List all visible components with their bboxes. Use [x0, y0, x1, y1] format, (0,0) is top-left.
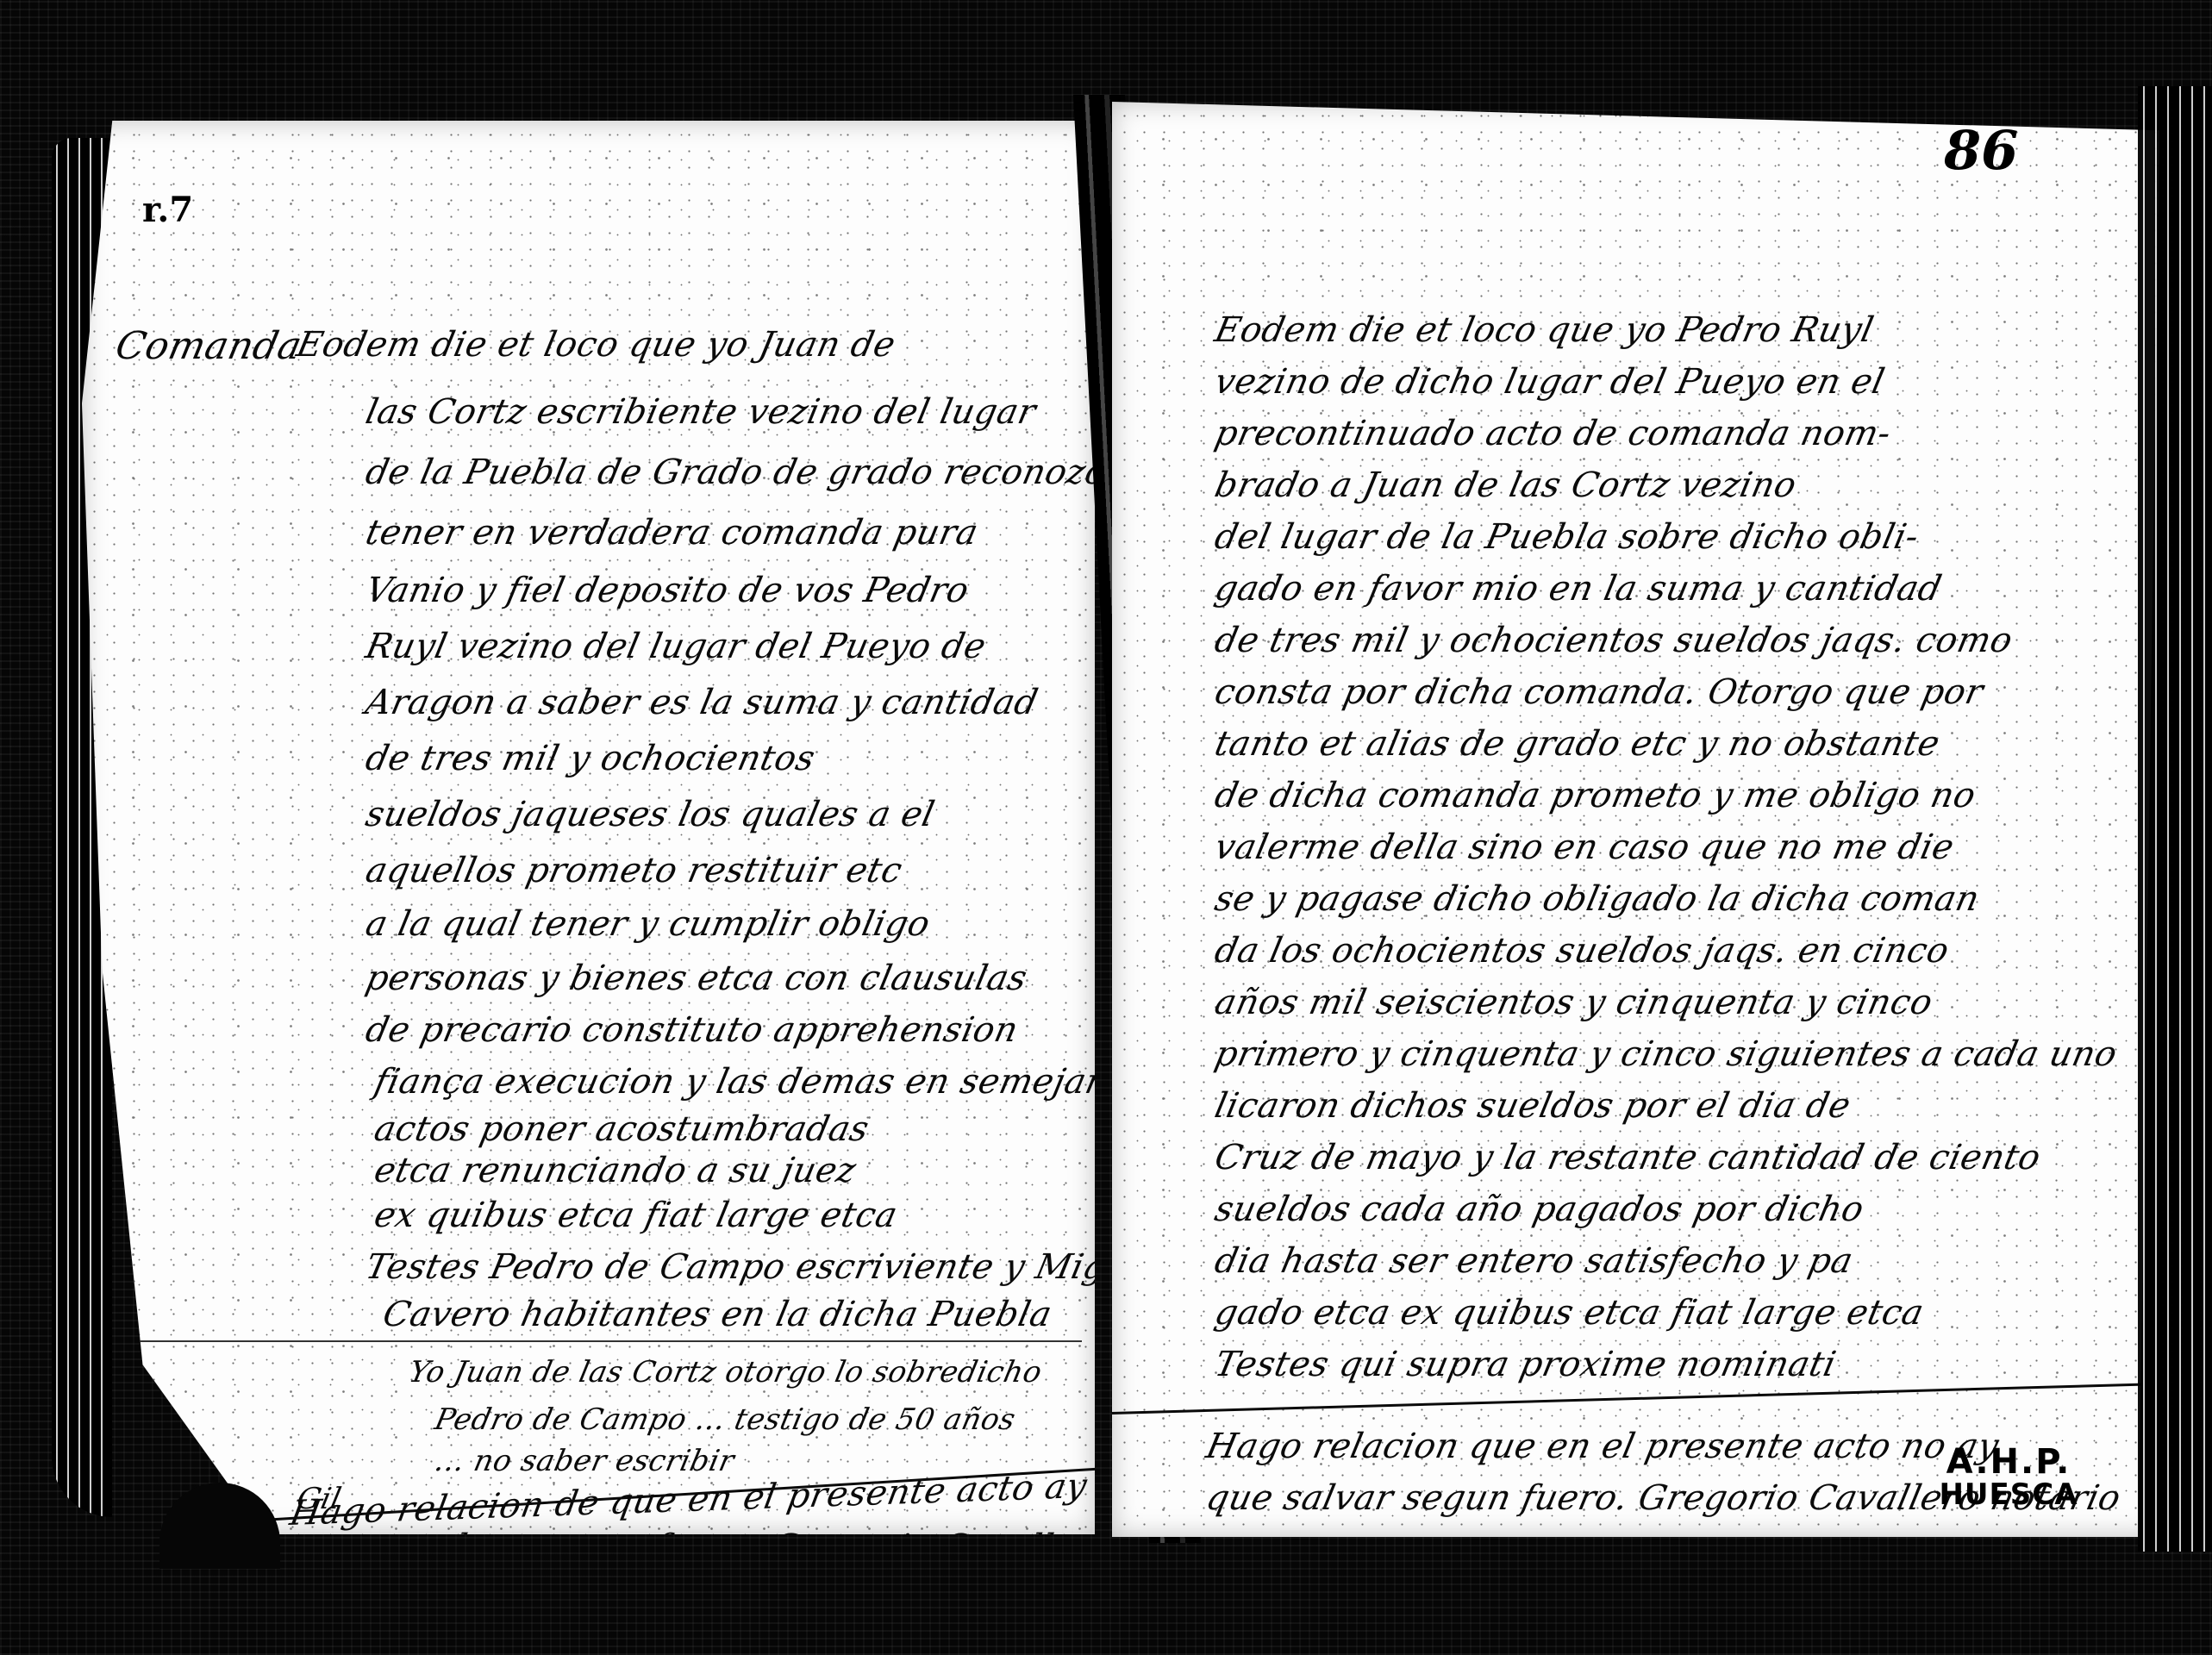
text-line: personas y bienes etca con clausulas [363, 961, 1030, 996]
folio-number: 86 [1944, 119, 2018, 182]
text-line: precontinuado acto de comanda nom- [1212, 416, 1894, 451]
text-line: dia hasta ser entero satisfecho y pa [1212, 1244, 1856, 1278]
archive-stamp-line2: HUESCA [1914, 1480, 2103, 1511]
right-page-edges [2138, 86, 2212, 1552]
text-line: años mil seiscientos y cinquenta y cinco [1212, 985, 1936, 1020]
text-line: del lugar de la Puebla sobre dicho obli- [1212, 520, 1922, 554]
notary-clause-line: Hago relacion que en el presente acto no… [1203, 1429, 2002, 1464]
text-line: se y pagase dicho obligado la dicha coma… [1212, 882, 1983, 916]
text-line: sueldos cada año pagados por dicho [1212, 1192, 1867, 1227]
text-line: vezino de dicho lugar del Pueyo en el [1212, 365, 1888, 399]
signature-line: Pedro de Campo ... testigo de 50 años [432, 1405, 1018, 1434]
text-line: aquellos prometo restituir etc [363, 853, 905, 888]
witness-line: Testes qui supra proxime nominati [1212, 1347, 1840, 1382]
ruled-line [82, 1340, 1082, 1342]
signature-line: ... no saber escribir [432, 1446, 736, 1476]
text-line: tener en verdadera comanda pura [363, 515, 982, 550]
notary-rule [1112, 1383, 2146, 1415]
text-line: primero y cinquenta y cinco siguientes a… [1212, 1037, 2121, 1071]
text-line: etca renunciando a su juez [372, 1153, 859, 1188]
text-line: de precario constituto apprehension [363, 1013, 1022, 1047]
text-line: Eodem die et loco que yo Juan de [294, 328, 899, 362]
text-line: ex quibus etca fiat large etca [372, 1198, 901, 1233]
signature-line: Yo Juan de las Cortz otorgo lo sobredich… [406, 1358, 1044, 1387]
text-line: de la Puebla de Grado de grado reconozco [363, 455, 1095, 490]
text-line: Eodem die et loco que yo Pedro Ruyl [1212, 313, 1877, 347]
text-line: a la qual tener y cumplir obligo [363, 907, 934, 941]
text-line: Cruz de mayo y la restante cantidad de c… [1212, 1140, 2044, 1175]
notary-clause-line: ... que salvar segun fuero. Gregorio Cav… [290, 1530, 1095, 1534]
archive-stamp: A.H.P. HUESCA [1914, 1444, 2103, 1511]
text-line: Vanio y fiel deposito de vos Pedro [363, 573, 972, 608]
text-line: de tres mil y ochocientos [363, 741, 818, 776]
text-line: consta por dicha comanda. Otorgo que por [1212, 675, 1987, 709]
text-line: tanto et alias de grado etc y no obstant… [1212, 727, 1943, 761]
text-line: Aragon a saber es la suma y cantidad [363, 685, 1041, 720]
text-line: de tres mil y ochocientos sueldos jaqs. … [1212, 623, 2016, 658]
text-line: sueldos jaqueses los quales a el [363, 797, 938, 832]
text-line: Ruyl vezino del lugar del Pueyo de [363, 629, 990, 664]
text-line: las Cortz escribiente vezino del lugar [363, 395, 1039, 429]
text-line: fiança execucion y las demas en semejant… [372, 1065, 1095, 1099]
text-line: da los ochocientos sueldos jaqs. en cinc… [1212, 934, 1953, 968]
archive-stamp-line1: A.H.P. [1914, 1444, 2103, 1480]
witness-line: Testes Pedro de Campo escriviente y Migu… [363, 1250, 1095, 1284]
text-line: valerme della sino en caso que no me die [1212, 830, 1958, 865]
text-line: de dicha comanda prometo y me obligo no [1212, 778, 1979, 813]
right-page: 86 Eodem die et loco que yo Pedro Ruyl v… [1112, 102, 2159, 1537]
text-line: gado en favor mio en la suma y cantidad [1212, 571, 1945, 606]
manuscript-spread: r.7 Comanda Eodem die et loco que yo Jua… [0, 0, 2212, 1655]
text-line: actos poner acostumbradas [372, 1112, 872, 1146]
left-page: r.7 Comanda Eodem die et loco que yo Jua… [82, 121, 1095, 1534]
witness-line: Cavero habitantes en la dicha Puebla [380, 1297, 1055, 1332]
text-line: gado etca ex quibus etca fiat large etca [1212, 1296, 1927, 1330]
corner-mark: r.7 [142, 190, 193, 230]
text-line: licaron dichos sueldos por el dia de [1212, 1089, 1854, 1123]
margin-heading: Comanda [112, 328, 305, 365]
text-line: brado a Juan de las Cortz vezino [1212, 468, 1800, 503]
